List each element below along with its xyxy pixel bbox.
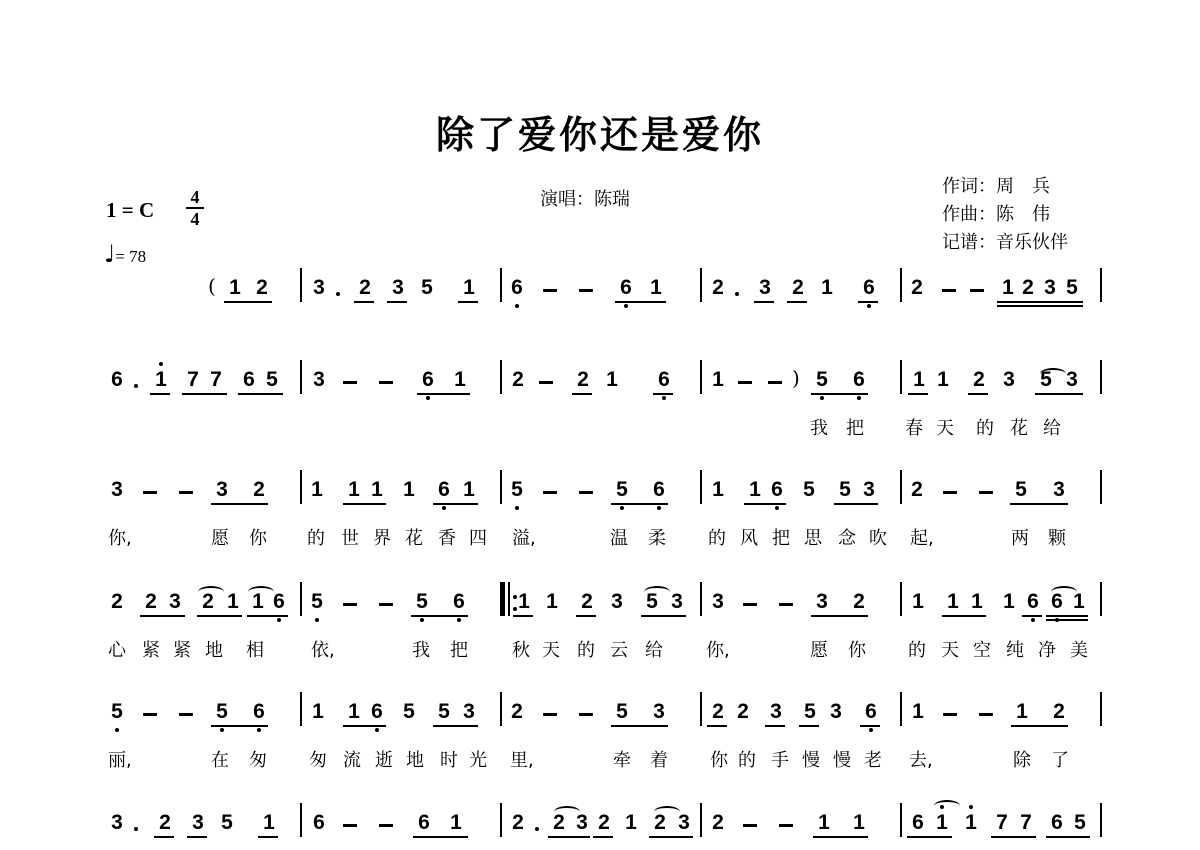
note: 1 bbox=[968, 590, 986, 614]
lyric-syllable: 里, bbox=[510, 746, 534, 772]
note: 5 bbox=[263, 368, 281, 392]
note: 6 bbox=[435, 478, 453, 502]
lyric-syllable: 慢 bbox=[833, 746, 851, 772]
note: 1 bbox=[1000, 590, 1018, 614]
sustain-dash bbox=[379, 824, 393, 827]
note: 5 bbox=[413, 590, 431, 614]
lyric-syllable: 柔 bbox=[648, 524, 666, 550]
note: 5 bbox=[1063, 276, 1081, 300]
sustain-dash bbox=[942, 289, 956, 292]
lyricist-credit: 作词：周 兵 bbox=[942, 172, 1050, 198]
barline bbox=[1100, 360, 1102, 394]
note: 2 bbox=[156, 811, 174, 835]
beam-underline bbox=[593, 836, 613, 838]
note: 3 bbox=[709, 590, 727, 614]
lyric-syllable: 去, bbox=[909, 746, 933, 772]
note: 3 bbox=[213, 478, 231, 502]
note: 3 bbox=[166, 590, 184, 614]
beam-underline bbox=[197, 615, 242, 617]
note: 7 bbox=[207, 368, 225, 392]
lyric-syllable: 天 bbox=[941, 636, 959, 662]
note: 6 bbox=[368, 700, 386, 724]
lyric-syllable: 的 bbox=[708, 524, 726, 550]
note: 3 bbox=[860, 478, 878, 502]
lyric-syllable: 溢, bbox=[512, 524, 536, 550]
note: 6 bbox=[768, 478, 786, 502]
note: 3 bbox=[767, 700, 785, 724]
barline bbox=[1100, 803, 1102, 837]
note: 2 bbox=[1019, 276, 1037, 300]
barline bbox=[300, 803, 302, 837]
lyric-syllable: 颗 bbox=[1048, 524, 1066, 550]
note: 6 bbox=[240, 368, 258, 392]
beam-underline bbox=[813, 836, 868, 838]
lyric-syllable: 丽, bbox=[108, 746, 132, 772]
beam-underline bbox=[354, 301, 374, 303]
tie-arc bbox=[198, 586, 224, 598]
tie-arc bbox=[248, 586, 274, 598]
lyric-syllable: 依, bbox=[311, 636, 335, 662]
sustain-dash bbox=[579, 491, 593, 494]
sustain-dash bbox=[179, 491, 193, 494]
beam-underline bbox=[1011, 725, 1068, 727]
note: 1 bbox=[709, 368, 727, 392]
beam-underline bbox=[744, 503, 786, 505]
note: 5 bbox=[836, 478, 854, 502]
tie-arc bbox=[1040, 368, 1066, 380]
note: 5 bbox=[813, 368, 831, 392]
lyric-syllable: 净 bbox=[1038, 636, 1056, 662]
song-title: 除了爱你还是爱你 bbox=[0, 104, 1200, 159]
sustain-dash bbox=[543, 289, 557, 292]
barline bbox=[900, 692, 902, 726]
note: 3 bbox=[108, 478, 126, 502]
note: 1 bbox=[622, 811, 640, 835]
time-signature-top: 4 bbox=[186, 188, 204, 206]
note: 6 bbox=[655, 368, 673, 392]
sustain-dash bbox=[970, 289, 984, 292]
barline bbox=[300, 360, 302, 394]
barline bbox=[1100, 692, 1102, 726]
beam-underline bbox=[247, 615, 288, 617]
sustain-dash bbox=[543, 491, 557, 494]
barline bbox=[1100, 470, 1102, 504]
beam-underline bbox=[787, 301, 807, 303]
note: 2 bbox=[595, 811, 613, 835]
note: 2 bbox=[250, 478, 268, 502]
note: 1 bbox=[460, 276, 478, 300]
repeat-barline-thin bbox=[508, 582, 510, 616]
note: 3 bbox=[310, 368, 328, 392]
sustain-dash bbox=[779, 824, 793, 827]
beam-underline bbox=[343, 725, 386, 727]
beam-underline bbox=[858, 301, 878, 303]
repeat-barline-thick bbox=[500, 582, 505, 616]
barline bbox=[900, 268, 902, 302]
beam-underline bbox=[641, 615, 686, 617]
note: 1 bbox=[944, 590, 962, 614]
note: 1 bbox=[345, 700, 363, 724]
note: 2 bbox=[709, 276, 727, 300]
note: 2 bbox=[356, 276, 374, 300]
beam-underline bbox=[908, 393, 928, 395]
lyric-syllable: 你 bbox=[710, 746, 728, 772]
beam-underline bbox=[707, 725, 727, 727]
note: 1 bbox=[224, 590, 242, 614]
note: 7 bbox=[184, 368, 202, 392]
beam-underline-double bbox=[1046, 619, 1088, 621]
lyric-syllable: 美 bbox=[1070, 636, 1088, 662]
beam-underline bbox=[458, 301, 478, 303]
note: 3 bbox=[1050, 478, 1068, 502]
beam-underline bbox=[224, 301, 272, 303]
lyric-syllable: 把 bbox=[450, 636, 468, 662]
sustain-dash bbox=[943, 491, 957, 494]
note: 1 bbox=[910, 368, 928, 392]
note: 1 bbox=[933, 811, 951, 835]
time-signature-bottom: 4 bbox=[186, 210, 204, 228]
tie-arc bbox=[1051, 586, 1077, 598]
barline bbox=[300, 692, 302, 726]
lyric-syllable: 地 bbox=[205, 636, 223, 662]
lyric-syllable: 四 bbox=[469, 524, 487, 550]
lyric-syllable: 光 bbox=[469, 746, 487, 772]
note: 5 bbox=[1012, 478, 1030, 502]
beam-underline bbox=[942, 615, 986, 617]
note: 6 bbox=[508, 276, 526, 300]
sustain-dash bbox=[943, 713, 957, 716]
beam-underline bbox=[211, 725, 268, 727]
sustain-dash bbox=[579, 289, 593, 292]
lyric-syllable: 慢 bbox=[802, 746, 820, 772]
note: 5 bbox=[801, 700, 819, 724]
beam-underline bbox=[834, 503, 878, 505]
lyric-syllable: 你 bbox=[848, 636, 866, 662]
beam-underline bbox=[765, 725, 785, 727]
barline bbox=[500, 803, 502, 837]
note: 2 bbox=[908, 478, 926, 502]
beam-underline bbox=[860, 725, 880, 727]
beam-underline bbox=[417, 393, 470, 395]
beam-underline bbox=[211, 503, 268, 505]
sustain-dash bbox=[539, 381, 553, 384]
barline bbox=[700, 582, 702, 616]
note: 3 bbox=[756, 276, 774, 300]
barline bbox=[1100, 582, 1102, 616]
note: 6 bbox=[850, 368, 868, 392]
tie-arc bbox=[654, 806, 680, 818]
beam-underline bbox=[615, 301, 666, 303]
note: 3 bbox=[1041, 276, 1059, 300]
note: 1 bbox=[260, 811, 278, 835]
note: 2 bbox=[142, 590, 160, 614]
beam-underline bbox=[611, 725, 668, 727]
beam-underline bbox=[182, 393, 227, 395]
augmentation-dot bbox=[336, 292, 340, 296]
note: 5 bbox=[418, 276, 436, 300]
lyric-syllable: 风 bbox=[740, 524, 758, 550]
note: 2 bbox=[1050, 700, 1068, 724]
note: 5 bbox=[108, 700, 126, 724]
lyric-syllable: 纯 bbox=[1006, 636, 1024, 662]
beam-underline bbox=[187, 836, 207, 838]
barline bbox=[700, 268, 702, 302]
bracket: ( bbox=[208, 274, 216, 298]
note: 6 bbox=[1048, 811, 1066, 835]
note: 3 bbox=[460, 700, 478, 724]
note: 1 bbox=[909, 590, 927, 614]
note: 5 bbox=[800, 478, 818, 502]
lyric-syllable: 牵 bbox=[613, 746, 631, 772]
lyric-syllable: 的 bbox=[738, 746, 756, 772]
note: 6 bbox=[1024, 590, 1042, 614]
transcriber-credit: 记谱：音乐伙伴 bbox=[942, 228, 1068, 254]
lyric-syllable: 花 bbox=[405, 524, 423, 550]
lyric-syllable: 空 bbox=[973, 636, 991, 662]
note: 6 bbox=[650, 478, 668, 502]
note: 6 bbox=[310, 811, 328, 835]
note: 3 bbox=[389, 276, 407, 300]
barline bbox=[700, 803, 702, 837]
note: 1 bbox=[909, 700, 927, 724]
note: 1 bbox=[1013, 700, 1031, 724]
barline bbox=[500, 692, 502, 726]
tie-arc bbox=[554, 806, 580, 818]
note: 3 bbox=[1063, 368, 1081, 392]
note: 1 bbox=[603, 368, 621, 392]
sustain-dash bbox=[743, 824, 757, 827]
note: 2 bbox=[734, 700, 752, 724]
lyric-syllable: 我 bbox=[412, 636, 430, 662]
lyric-syllable: 紧 bbox=[142, 636, 160, 662]
note: 5 bbox=[213, 700, 231, 724]
lyric-syllable: 逝 bbox=[375, 746, 393, 772]
note: 2 bbox=[709, 811, 727, 835]
beam-underline bbox=[433, 503, 478, 505]
note: 1 bbox=[850, 811, 868, 835]
lyric-syllable: 愿 bbox=[810, 636, 828, 662]
lyric-syllable: 流 bbox=[343, 746, 361, 772]
lyric-syllable: 相 bbox=[246, 636, 264, 662]
tie-arc bbox=[644, 586, 670, 598]
barline bbox=[700, 470, 702, 504]
note: 2 bbox=[789, 276, 807, 300]
lyric-syllable: 的 bbox=[577, 636, 595, 662]
beam-underline bbox=[811, 393, 868, 395]
note: 1 bbox=[451, 368, 469, 392]
lyric-syllable: 世 bbox=[341, 524, 359, 550]
note: 1 bbox=[460, 478, 478, 502]
sustain-dash bbox=[979, 491, 993, 494]
note: 3 bbox=[608, 590, 626, 614]
beam-underline bbox=[1010, 503, 1068, 505]
barline bbox=[900, 582, 902, 616]
barline bbox=[900, 360, 902, 394]
barline bbox=[500, 360, 502, 394]
sustain-dash bbox=[179, 713, 193, 716]
sustain-dash bbox=[379, 603, 393, 606]
note: 3 bbox=[813, 590, 831, 614]
note: 5 bbox=[1071, 811, 1089, 835]
note: 2 bbox=[908, 276, 926, 300]
lyric-syllable: 两 bbox=[1011, 524, 1029, 550]
barline bbox=[700, 360, 702, 394]
note: 6 bbox=[617, 276, 635, 300]
note: 5 bbox=[613, 478, 631, 502]
sustain-dash bbox=[343, 603, 357, 606]
lyric-syllable: 天 bbox=[542, 636, 560, 662]
lyric-syllable: 香 bbox=[438, 524, 456, 550]
lyric-syllable: 了 bbox=[1051, 746, 1069, 772]
note: 3 bbox=[1000, 368, 1018, 392]
beam-underline bbox=[1046, 615, 1088, 617]
note: 3 bbox=[650, 700, 668, 724]
barline bbox=[300, 470, 302, 504]
barline bbox=[900, 803, 902, 837]
sustain-dash bbox=[143, 491, 157, 494]
sustain-dash bbox=[343, 824, 357, 827]
augmentation-dot bbox=[535, 827, 539, 831]
note: 1 bbox=[447, 811, 465, 835]
note: 1 bbox=[543, 590, 561, 614]
note: 2 bbox=[253, 276, 271, 300]
beam-underline bbox=[238, 393, 283, 395]
note: 1 bbox=[368, 478, 386, 502]
note: 2 bbox=[709, 700, 727, 724]
note: 1 bbox=[818, 276, 836, 300]
key-signature: 1 = C bbox=[106, 198, 154, 223]
lyric-syllable: 时 bbox=[440, 746, 458, 772]
beam-underline bbox=[799, 725, 819, 727]
beam-underline bbox=[997, 301, 1083, 303]
lyric-syllable: 花 bbox=[1010, 414, 1028, 440]
beam-underline bbox=[1035, 393, 1083, 395]
note: 6 bbox=[419, 368, 437, 392]
note: 1 bbox=[309, 700, 327, 724]
barline bbox=[500, 470, 502, 504]
bracket: ) bbox=[792, 366, 800, 390]
lyric-syllable: 念 bbox=[838, 524, 856, 550]
lyric-syllable: 匆 bbox=[249, 746, 267, 772]
tempo-value: = 78 bbox=[115, 247, 146, 266]
lyric-syllable: 天 bbox=[936, 414, 954, 440]
note: 6 bbox=[860, 276, 878, 300]
note: 6 bbox=[108, 368, 126, 392]
beam-underline bbox=[572, 393, 592, 395]
note: 7 bbox=[993, 811, 1011, 835]
lyric-syllable: 老 bbox=[864, 746, 882, 772]
note: 6 bbox=[862, 700, 880, 724]
note: 6 bbox=[450, 590, 468, 614]
note: 5 bbox=[508, 478, 526, 502]
lyric-syllable: 秋 bbox=[512, 636, 530, 662]
beam-underline bbox=[576, 615, 596, 617]
note: 1 bbox=[934, 368, 952, 392]
lyric-syllable: 地 bbox=[406, 746, 424, 772]
note: 7 bbox=[1017, 811, 1035, 835]
quarter-note-icon: ♩ bbox=[104, 240, 115, 268]
lyric-syllable: 把 bbox=[772, 524, 790, 550]
note: 1 bbox=[647, 276, 665, 300]
beam-underline bbox=[649, 836, 693, 838]
sustain-dash bbox=[579, 713, 593, 716]
beam-underline bbox=[611, 503, 668, 505]
note: 1 bbox=[345, 478, 363, 502]
sustain-dash bbox=[768, 381, 782, 384]
lyric-syllable: 我 bbox=[810, 414, 828, 440]
barline bbox=[300, 582, 302, 616]
lyric-syllable: 给 bbox=[1043, 414, 1061, 440]
note: 2 bbox=[578, 590, 596, 614]
note: 1 bbox=[999, 276, 1017, 300]
sustain-dash bbox=[738, 381, 752, 384]
tie-arc bbox=[934, 800, 960, 812]
time-signature: 4 4 bbox=[186, 188, 204, 228]
note: 5 bbox=[435, 700, 453, 724]
composer-credit: 作曲：陈 伟 bbox=[942, 200, 1050, 226]
beam-underline bbox=[653, 393, 673, 395]
lyric-syllable: 着 bbox=[650, 746, 668, 772]
beam-underline bbox=[258, 836, 278, 838]
lyric-syllable: 除 bbox=[1013, 746, 1031, 772]
barline bbox=[300, 268, 302, 302]
lyric-syllable: 吹 bbox=[869, 524, 887, 550]
beam-underline bbox=[433, 725, 478, 727]
note: 1 bbox=[746, 478, 764, 502]
beam-underline bbox=[907, 836, 952, 838]
sustain-dash bbox=[343, 381, 357, 384]
beam-underline bbox=[343, 503, 386, 505]
note: 2 bbox=[509, 368, 527, 392]
sustain-dash bbox=[379, 381, 393, 384]
note: 1 bbox=[815, 811, 833, 835]
barline bbox=[700, 692, 702, 726]
beam-underline bbox=[413, 836, 468, 838]
barline bbox=[500, 268, 502, 302]
note: 3 bbox=[827, 700, 845, 724]
beam-underline bbox=[150, 393, 170, 395]
note: 3 bbox=[668, 590, 686, 614]
note: 2 bbox=[108, 590, 126, 614]
beam-underline bbox=[140, 615, 185, 617]
sustain-dash bbox=[143, 713, 157, 716]
tempo-marking: ♩= 78 bbox=[104, 240, 146, 268]
note: 2 bbox=[850, 590, 868, 614]
note: 1 bbox=[709, 478, 727, 502]
beam-underline bbox=[811, 615, 868, 617]
lyric-syllable: 你, bbox=[108, 524, 132, 550]
note: 6 bbox=[415, 811, 433, 835]
note: 5 bbox=[400, 700, 418, 724]
note: 1 bbox=[226, 276, 244, 300]
beam-underline bbox=[1022, 615, 1042, 617]
note: 5 bbox=[218, 811, 236, 835]
note: 2 bbox=[970, 368, 988, 392]
lyric-syllable: 在 bbox=[211, 746, 229, 772]
beam-underline bbox=[513, 615, 533, 617]
beam-underline bbox=[968, 393, 988, 395]
sustain-dash bbox=[779, 603, 793, 606]
note: 1 bbox=[152, 368, 170, 392]
lyric-syllable: 心 bbox=[108, 636, 126, 662]
lyric-syllable: 紧 bbox=[173, 636, 191, 662]
note: 3 bbox=[108, 811, 126, 835]
singer-credit: 演唱：陈瑞 bbox=[540, 185, 630, 211]
note: 2 bbox=[508, 700, 526, 724]
note: 1 bbox=[400, 478, 418, 502]
lyric-syllable: 春 bbox=[905, 414, 923, 440]
lyric-syllable: 界 bbox=[373, 524, 391, 550]
